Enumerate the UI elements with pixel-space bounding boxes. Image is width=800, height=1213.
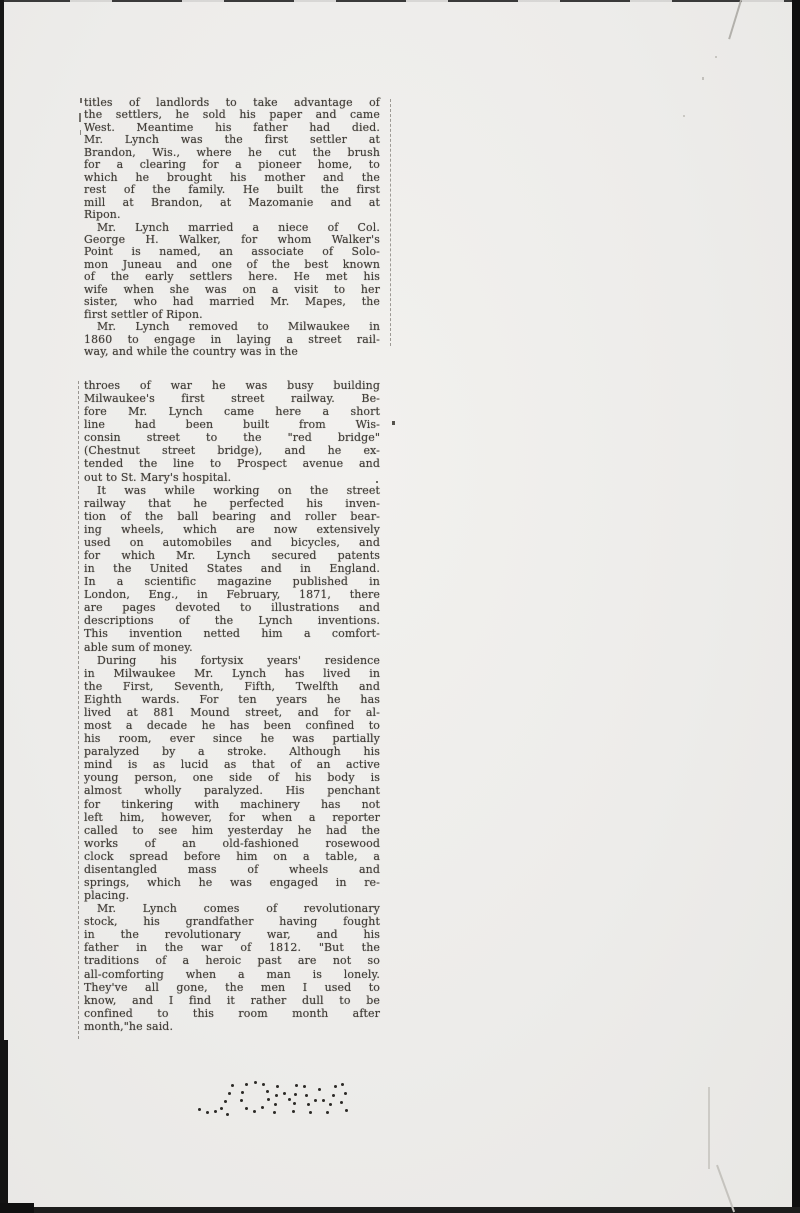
text-line: throes of war he was busy building (84, 379, 380, 392)
perforation-dot (345, 1109, 348, 1112)
newspaper-clipping-scan: titles of landlords to take advantage of… (0, 0, 800, 1213)
perforation-dot (245, 1107, 248, 1110)
perforation-dot (198, 1108, 201, 1111)
perforation-dot (332, 1094, 335, 1097)
text-line: the First, Seventh, Fifth, Twelfth and (84, 680, 380, 693)
text-line: know, and I find it rather dull to be (84, 994, 380, 1007)
perforation-dot (267, 1098, 270, 1101)
text-line: young person, one side of his body is (84, 771, 380, 784)
text-line: (Chestnut street bridge), and he ex- (84, 444, 380, 457)
paper-speck (715, 56, 717, 58)
text-line: ing wheels, which are now extensively (84, 523, 380, 536)
perforation-dot (276, 1085, 279, 1088)
text-line: month,"he said. (84, 1020, 380, 1033)
perforation-dot (303, 1085, 306, 1088)
perforation-dot (307, 1103, 310, 1106)
scan-edge-right (792, 0, 800, 1213)
perforation-dot (294, 1093, 297, 1096)
crease-line (708, 1087, 710, 1169)
perforation-dot (228, 1092, 231, 1095)
perforation-dot (224, 1100, 227, 1103)
text-line: mind is as lucid as that of an active (84, 758, 380, 771)
text-line: most a decade he has been confined to (84, 719, 380, 732)
text-line: London, Eng., in February, 1871, there (84, 588, 380, 601)
perforation-dot (231, 1084, 234, 1087)
perforation-dot (322, 1099, 325, 1102)
perforation-dot (305, 1094, 308, 1097)
text-line: of the early settlers here. He met his (84, 271, 380, 283)
text-line: Milwaukee's first street railway. Be- (84, 392, 380, 405)
text-line: are pages devoted to illustrations and (84, 601, 380, 614)
text-line: his room, ever since he was partially (84, 732, 380, 745)
text-line: for which Mr. Lynch secured patents (84, 549, 380, 562)
perforation-dot (309, 1111, 312, 1114)
text-line: Mr. Lynch removed to Milwaukee in (84, 321, 380, 333)
text-line: During his fortysix years' residence (84, 654, 380, 667)
text-line: sister, who had married Mr. Mapes, the (84, 296, 380, 308)
perforation-dot (262, 1083, 265, 1086)
text-line: springs, which he was engaged in re- (84, 876, 380, 889)
text-line: fore Mr. Lynch came here a short (84, 405, 380, 418)
text-line: tion of the ball bearing and roller bear… (84, 510, 380, 523)
paper-speck (702, 77, 704, 80)
text-line: lived at 881 Mound street, and for al- (84, 706, 380, 719)
perforation-dot (253, 1110, 256, 1113)
ink-speck (376, 481, 378, 483)
margin-tick (79, 113, 81, 122)
perforation-dot (326, 1111, 329, 1114)
perforation-dot (273, 1111, 276, 1114)
perforation-dot (254, 1081, 257, 1084)
text-line: consin street to the "red bridge" (84, 431, 380, 444)
perforation-dot (329, 1103, 332, 1106)
text-line: used on automobiles and bicycles, and (84, 536, 380, 549)
text-line: It was while working on the street (84, 484, 380, 497)
margin-tick (80, 130, 81, 135)
scan-edge-left-lower (0, 1040, 8, 1213)
perforation-dot (283, 1092, 286, 1095)
ink-speck (392, 421, 395, 425)
scan-corner-bottom-left (0, 1203, 34, 1213)
text-line: Mr. Lynch was the first settler at (84, 134, 380, 146)
text-line: able sum of money. (84, 641, 380, 654)
paper-speck (126, 286, 128, 288)
perforation-dot (245, 1083, 248, 1086)
text-line: traditions of a heroic past are not so (84, 954, 380, 967)
perforation-dot (292, 1110, 295, 1113)
perforation-dot (334, 1085, 337, 1088)
text-line: disentangled mass of wheels and (84, 863, 380, 876)
perforation-dot (318, 1088, 321, 1091)
text-line: Ripon. (84, 209, 380, 221)
text-line: in the revolutionary war, and his (84, 928, 380, 941)
scan-edge-top (0, 0, 800, 2)
text-line: works of an old-fashioned rosewood (84, 837, 380, 850)
text-line: Eighth wards. For ten years he has (84, 693, 380, 706)
text-line: stock, his grandfather having fought (84, 915, 380, 928)
crease-line (716, 1165, 735, 1213)
text-line: Mr. Lynch comes of revolutionary (84, 902, 380, 915)
perforation-dot (344, 1092, 347, 1095)
text-line: railway that he perfected his inven- (84, 497, 380, 510)
margin-tick (80, 98, 82, 103)
text-line: left him, however, for when a reporter (84, 811, 380, 824)
column-rule (390, 99, 391, 346)
text-line: placing. (84, 889, 380, 902)
text-line: in the United States and in England. (84, 562, 380, 575)
perforation-dot (275, 1094, 278, 1097)
text-line: way, and while the country was in the (84, 346, 380, 358)
text-line: almost wholly paralyzed. His penchant (84, 784, 380, 797)
perforation-dot (261, 1106, 264, 1109)
perforation-dot (206, 1111, 209, 1114)
clipping-column-2: throes of war he was busy buildingMilwau… (84, 379, 380, 1033)
text-line: rest of the family. He built the first (84, 184, 380, 196)
text-line: In a scientific magazine published in (84, 575, 380, 588)
text-line: mill at Brandon, at Mazomanie and at (84, 197, 380, 209)
crease-line (728, 0, 742, 39)
text-line: for a clearing for a pioneer home, to (84, 159, 380, 171)
text-line: They've all gone, the men I used to (84, 981, 380, 994)
perforation-dot (226, 1113, 229, 1116)
perforation-dot (340, 1101, 343, 1104)
text-line: paralyzed by a stroke. Although his (84, 745, 380, 758)
text-line: line had been built from Wis- (84, 418, 380, 431)
text-line: father in the war of 1812. "But the (84, 941, 380, 954)
perforation-dot (266, 1090, 269, 1093)
perforation-dot (314, 1099, 317, 1102)
paper-speck (683, 115, 685, 117)
perforation-dot (241, 1091, 244, 1094)
clipping-edge-line (78, 381, 79, 1039)
text-line: clock spread before him on a table, a (84, 850, 380, 863)
perforation-dot (288, 1098, 291, 1101)
perforation-dot (214, 1110, 217, 1113)
perforation-dot (293, 1102, 296, 1105)
perforation-dot (295, 1084, 298, 1087)
text-line: descriptions of the Lynch inventions. (84, 614, 380, 627)
clipping-column-1: titles of landlords to take advantage of… (84, 97, 380, 359)
perforation-dot (220, 1107, 223, 1110)
text-line: for tinkering with machinery has not (84, 798, 380, 811)
perforation-dot (341, 1083, 344, 1086)
text-line: out to St. Mary's hospital. (84, 471, 380, 484)
perforation-dot (274, 1103, 277, 1106)
text-line: all-comforting when a man is lonely. (84, 968, 380, 981)
text-line: This invention netted him a comfort- (84, 627, 380, 640)
scan-edge-bottom (0, 1207, 800, 1213)
text-line: in Milwaukee Mr. Lynch has lived in (84, 667, 380, 680)
text-line: confined to this room month after (84, 1007, 380, 1020)
perforation-dot (240, 1099, 243, 1102)
scan-edge-left (0, 0, 4, 1213)
text-line: called to see him yesterday he had the (84, 824, 380, 837)
text-line: tended the line to Prospect avenue and (84, 457, 380, 470)
